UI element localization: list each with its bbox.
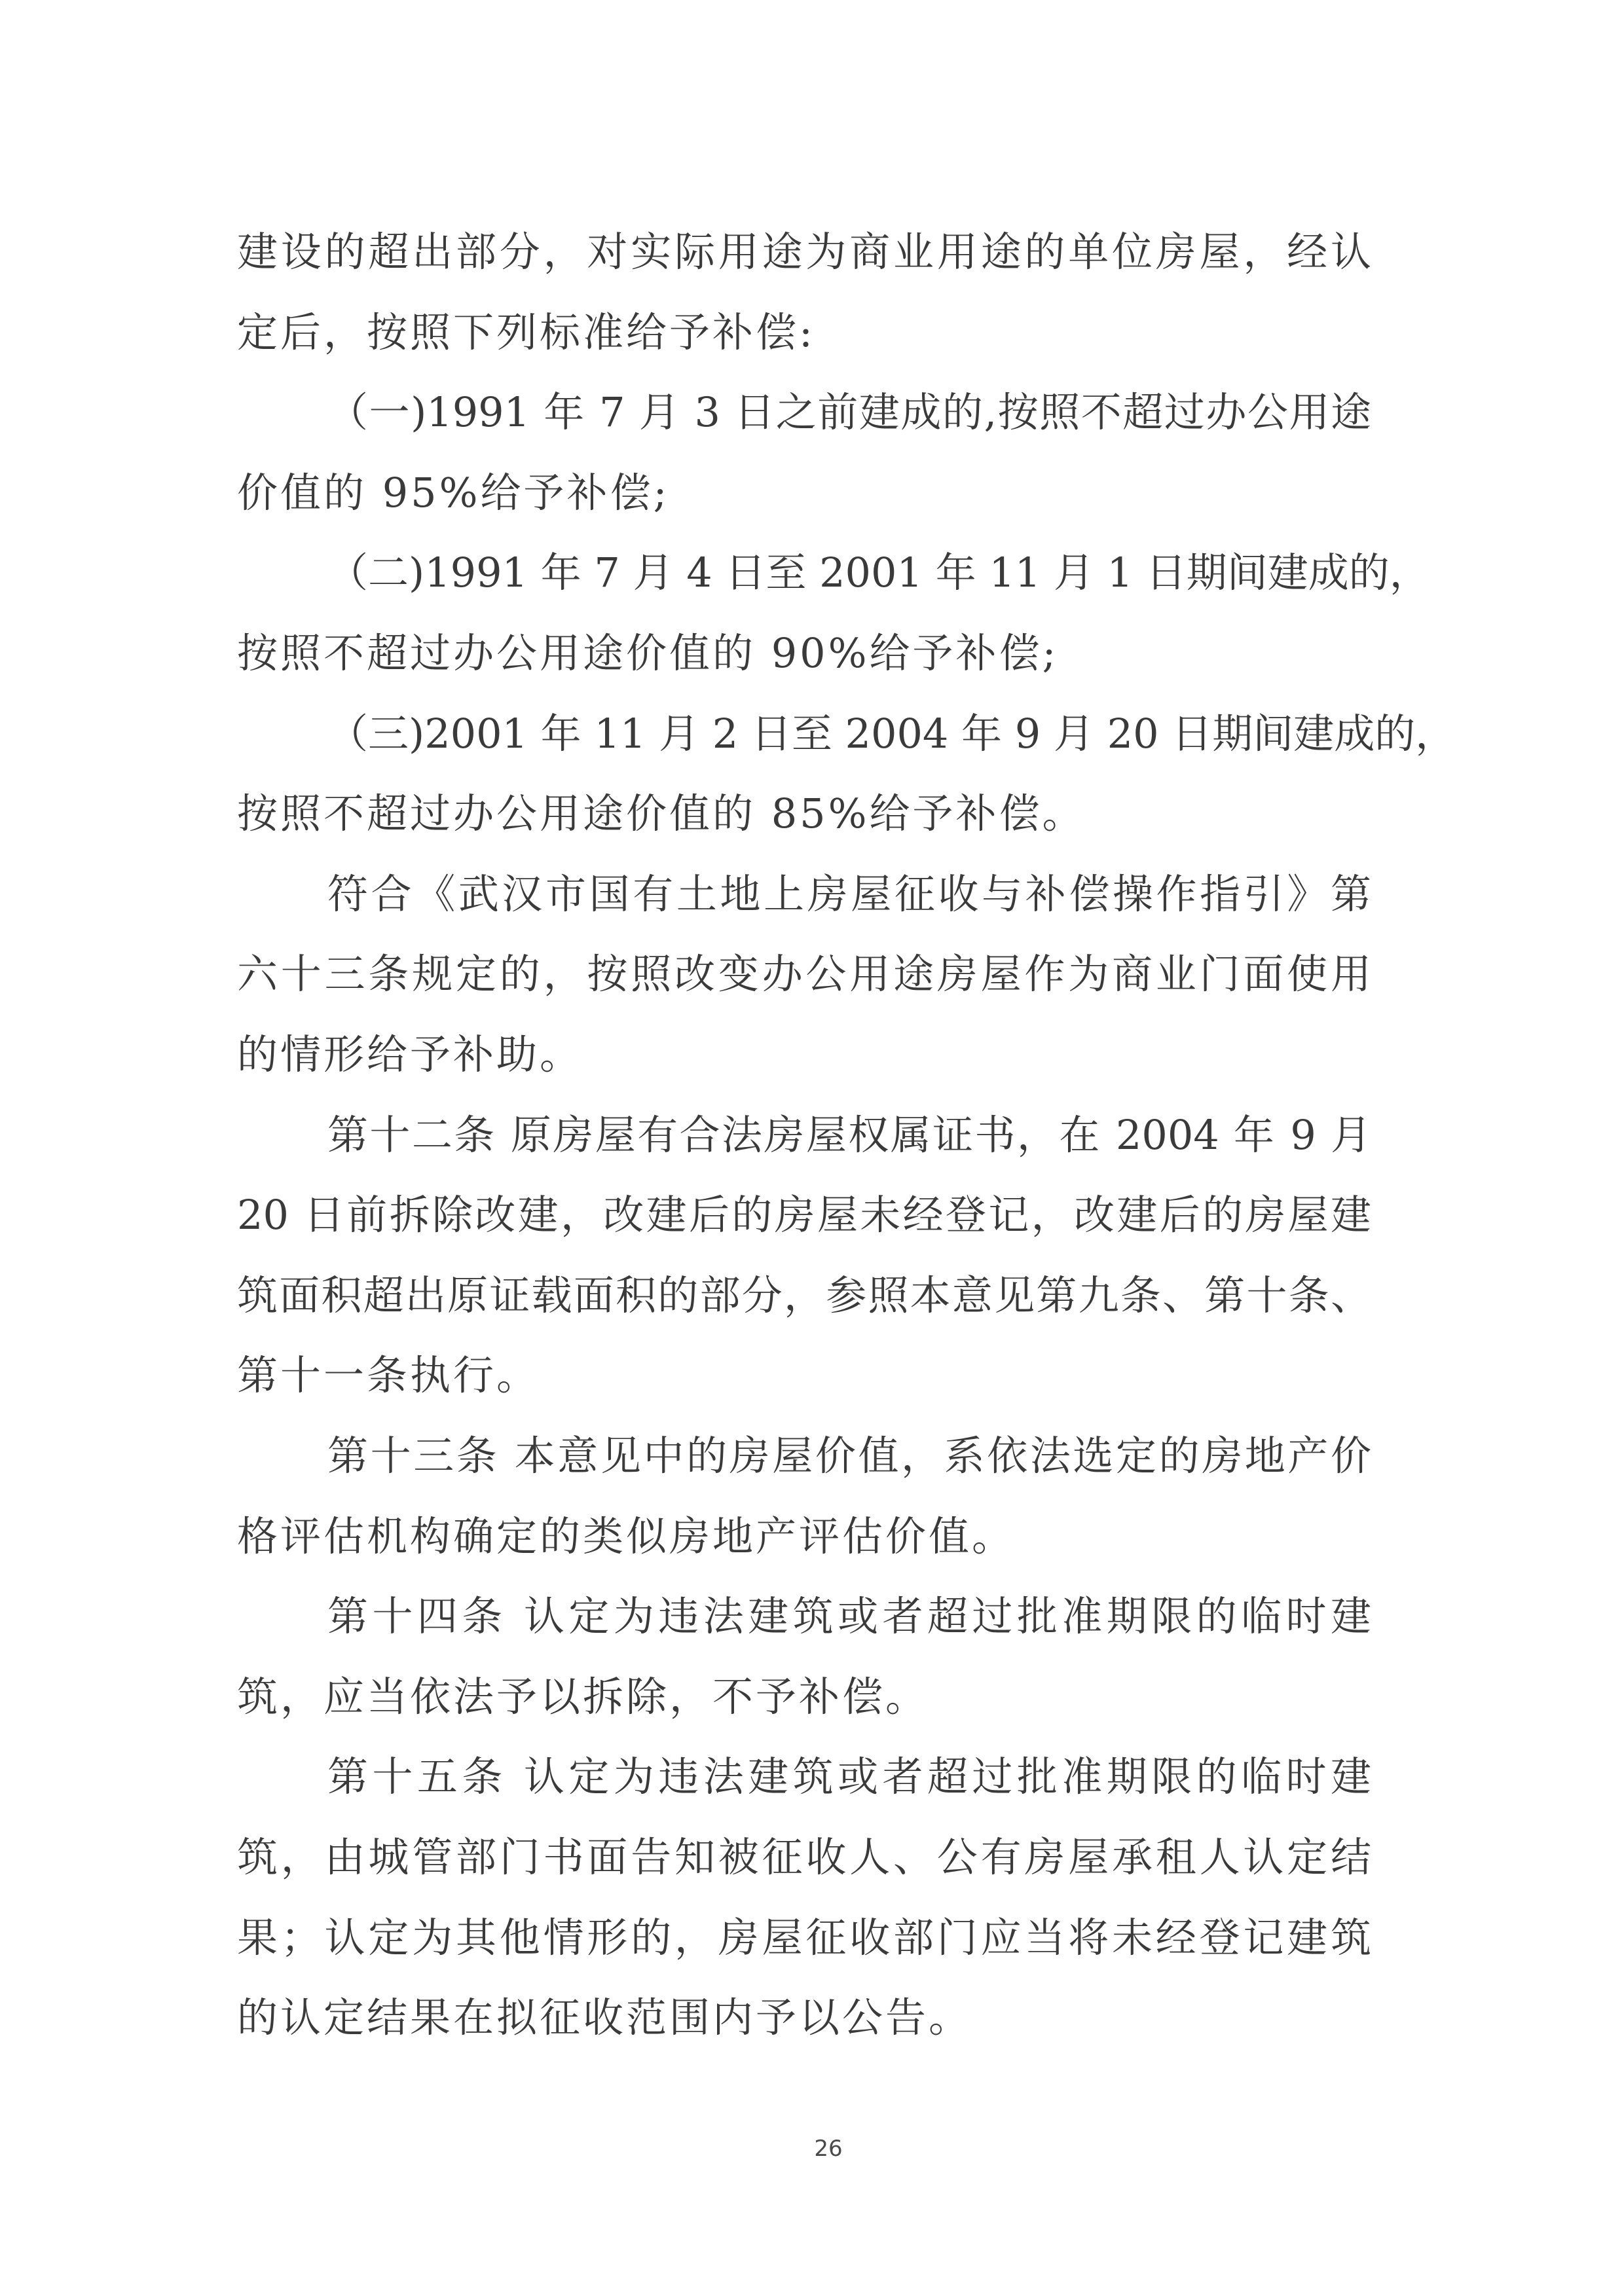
article-14-line: 第十四条 认定为违法建筑或者超过批准期限的临时建 xyxy=(327,1594,1371,1639)
article-13-line: 第十三条 本意见中的房屋价值，系依法选定的房地产价 xyxy=(327,1433,1371,1479)
paragraph-line: 建设的超出部分，对实际用途为商业用途的单位房屋，经认 xyxy=(237,229,1371,275)
article-12-line: 第十二条 原房屋有合法房屋权属证书，在 2004 年 9 月 xyxy=(327,1112,1371,1158)
paragraph-line: 定后，按照下列标准给予补偿: xyxy=(237,310,1371,355)
article-12-line: 第十一条执行。 xyxy=(237,1353,1371,1398)
article-13-line: 格评估机构确定的类似房地产评估价值。 xyxy=(237,1514,1371,1559)
article-15-line: 第十五条 认定为违法建筑或者超过批准期限的临时建 xyxy=(327,1754,1371,1800)
article-15-line: 的认定结果在拟征收范围内予以公告。 xyxy=(237,1995,1371,2041)
list-item-3-line: 按照不超过办公用途价值的 85%给予补偿。 xyxy=(237,791,1371,837)
list-item-3-line: （三)2001 年 11 月 2 日至 2004 年 9 月 20 日期间建成的… xyxy=(327,711,1371,757)
article-15-line: 筑，由城管部门书面告知被征收人、公有房屋承租人认定结 xyxy=(237,1834,1371,1880)
paragraph-line: 符合《武汉市国有土地上房屋征收与补偿操作指引》第 xyxy=(327,871,1371,917)
document-page: 建设的超出部分，对实际用途为商业用途的单位房屋，经认 定后，按照下列标准给予补偿… xyxy=(0,0,1624,2296)
article-15-line: 果；认定为其他情形的，房屋征收部门应当将未经登记建筑 xyxy=(237,1915,1371,1961)
article-14-line: 筑，应当依法予以拆除，不予补偿。 xyxy=(237,1674,1371,1720)
page-number: 26 xyxy=(812,2136,845,2162)
paragraph-line: 的情形给予补助。 xyxy=(237,1032,1371,1078)
article-12-line: 20 日前拆除改建，改建后的房屋未经登记，改建后的房屋建 xyxy=(237,1192,1371,1238)
paragraph-line: 六十三条规定的，按照改变办公用途房屋作为商业门面使用 xyxy=(237,951,1371,997)
list-item-2-line: 按照不超过办公用途价值的 90%给予补偿; xyxy=(237,630,1371,676)
list-item-2-line: （二)1991 年 7 月 4 日至 2001 年 11 月 1 日期间建成的， xyxy=(327,550,1371,596)
list-item-1-line: 价值的 95%给予补偿; xyxy=(237,470,1371,516)
article-12-line: 筑面积超出原证载面积的部分，参照本意见第九条、第十条、 xyxy=(237,1273,1371,1319)
list-item-1-line: （一)1991 年 7 月 3 日之前建成的,按照不超过办公用途 xyxy=(327,390,1371,435)
